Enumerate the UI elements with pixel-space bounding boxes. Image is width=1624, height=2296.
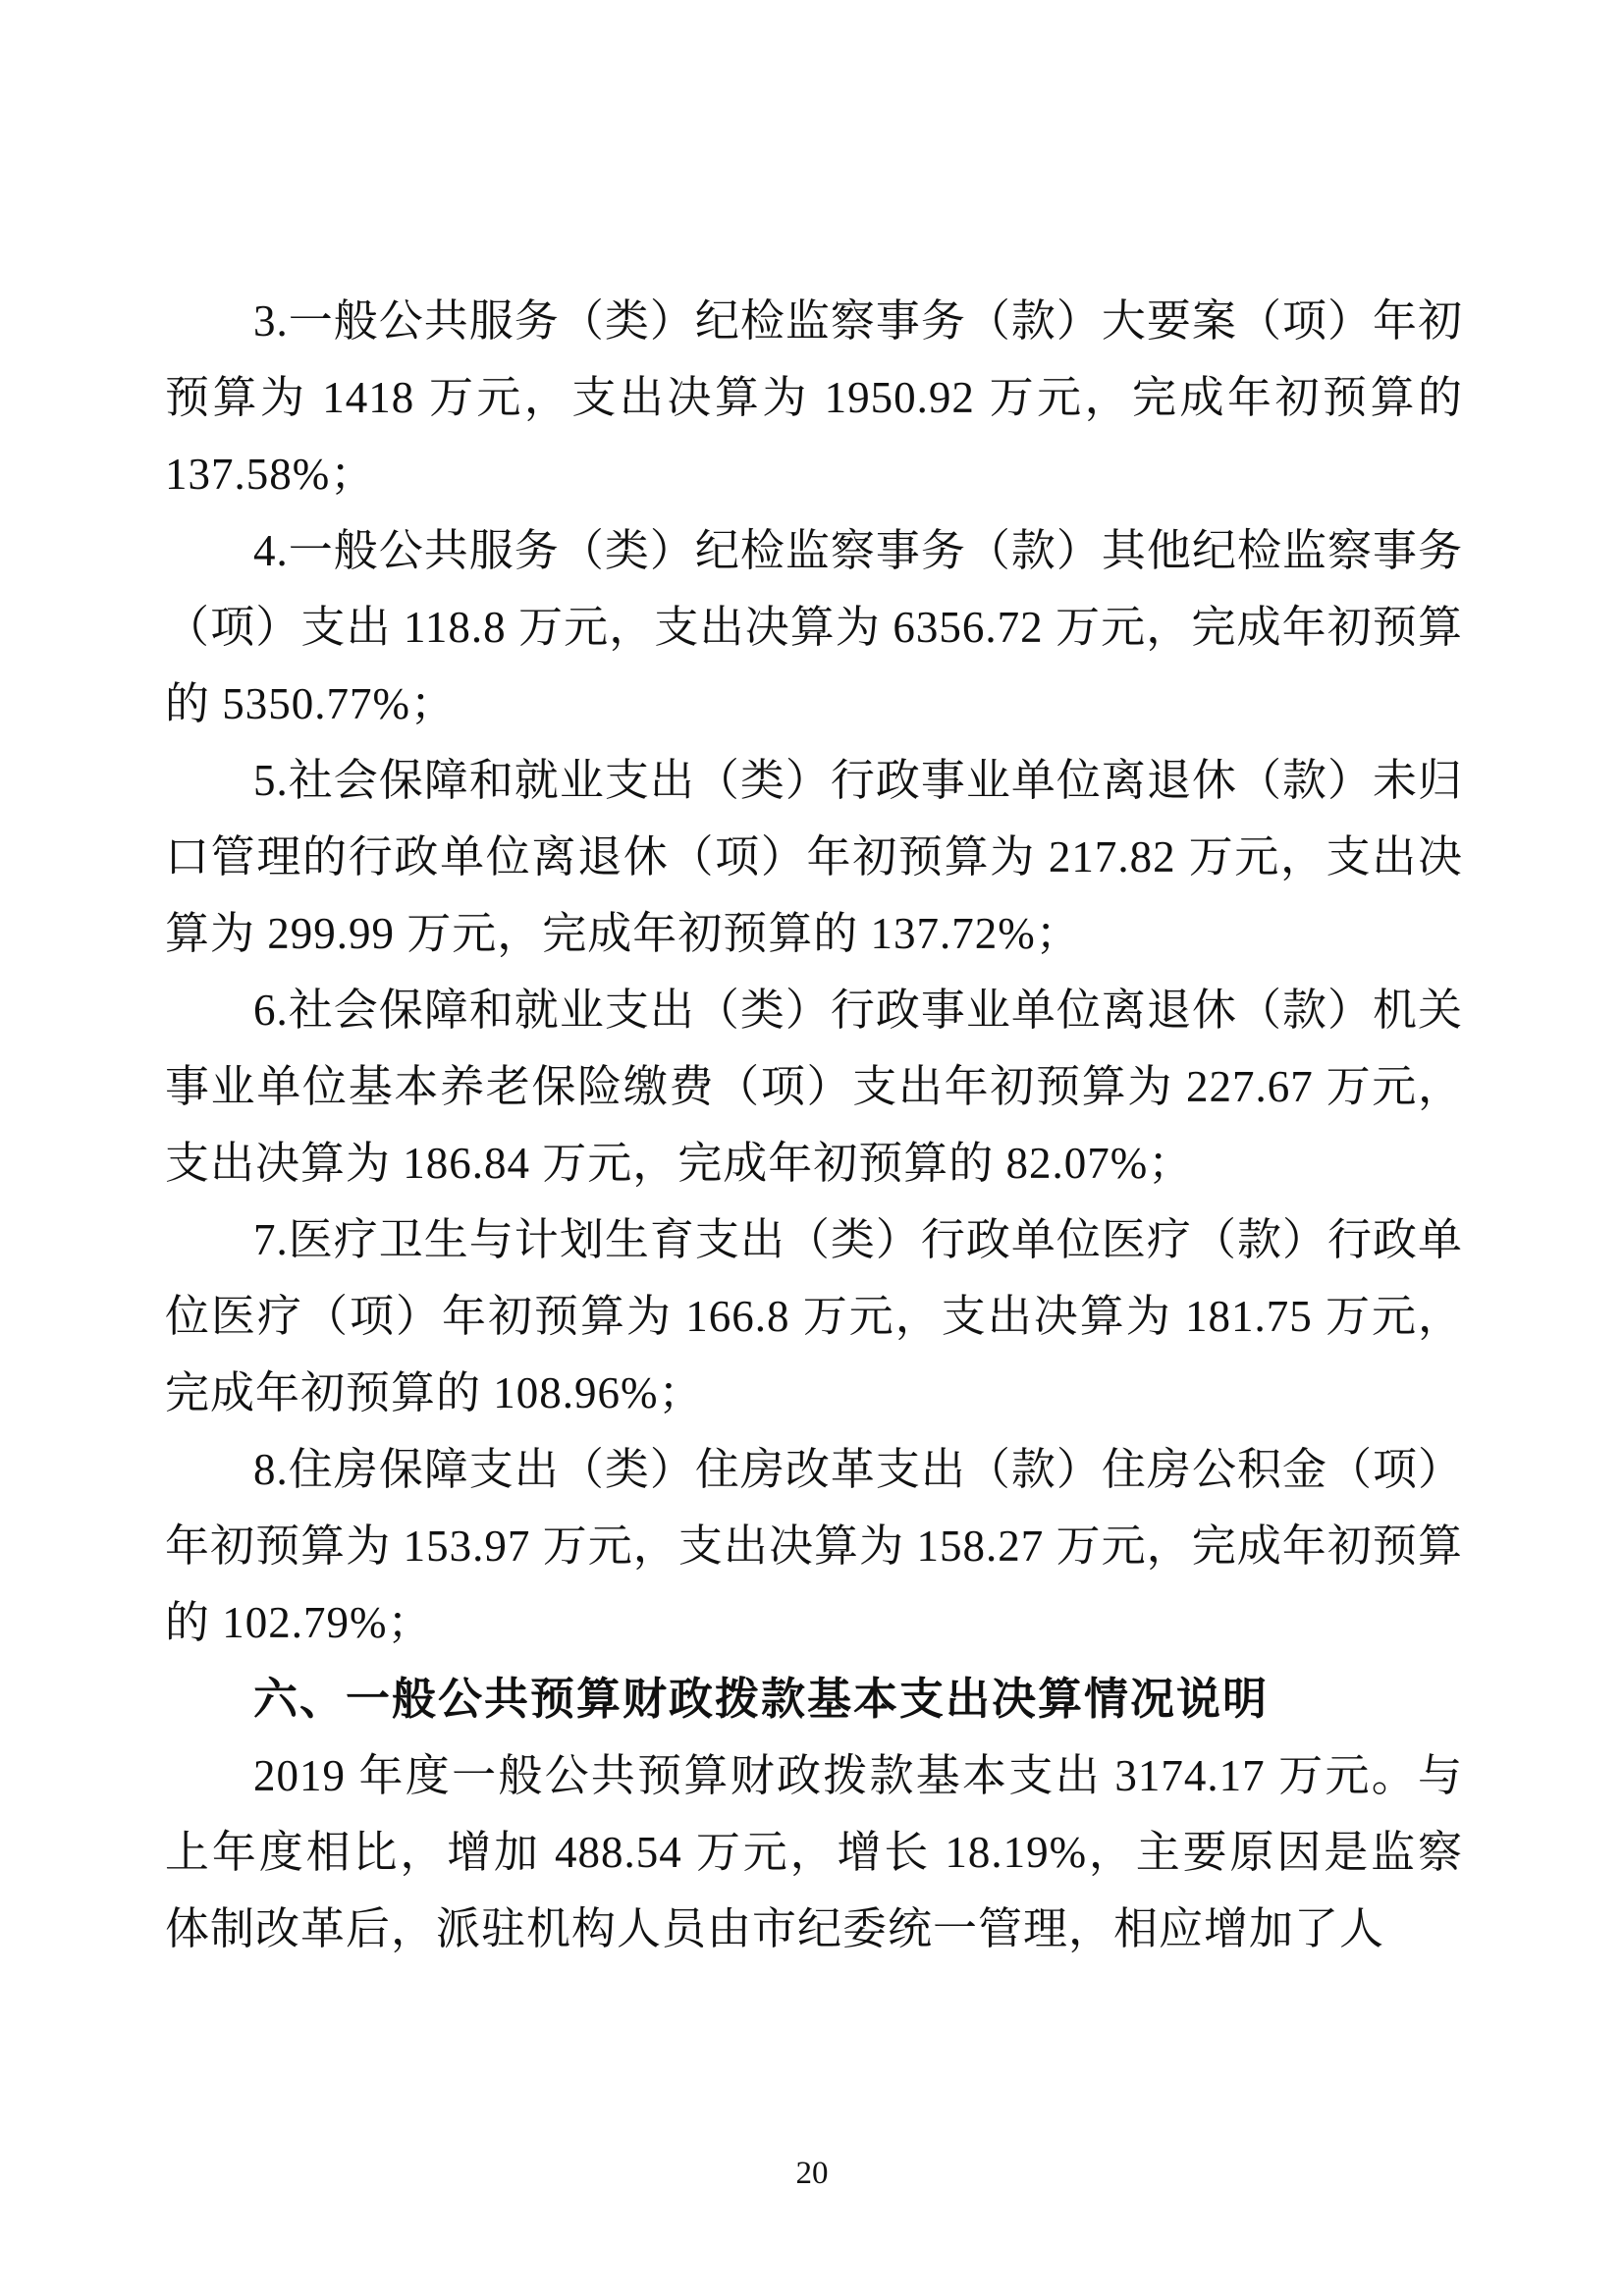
document-page: 3.一般公共服务（类）纪检监察事务（款）大要案（项）年初预算为 1418 万元，… (0, 0, 1624, 2296)
paragraph-item-6: 6.社会保障和就业支出（类）行政事业单位离退休（款）机关事业单位基本养老保险缴费… (165, 972, 1463, 1201)
paragraph-item-8: 8.住房保障支出（类）住房改革支出（款）住房公积金（项）年初预算为 153.97… (165, 1431, 1463, 1661)
document-body: 3.一般公共服务（类）纪检监察事务（款）大要案（项）年初预算为 1418 万元，… (165, 283, 1463, 1967)
paragraph-item-7: 7.医疗卫生与计划生育支出（类）行政单位医疗（款）行政单位医疗（项）年初预算为 … (165, 1201, 1463, 1431)
page-number: 20 (0, 2156, 1624, 2192)
paragraph-item-3: 3.一般公共服务（类）纪检监察事务（款）大要案（项）年初预算为 1418 万元，… (165, 283, 1463, 512)
section-heading: 六、一般公共预算财政拨款基本支出决算情况说明 (165, 1661, 1463, 1737)
paragraph-closing: 2019 年度一般公共预算财政拨款基本支出 3174.17 万元。与上年度相比，… (165, 1737, 1463, 1967)
paragraph-item-5: 5.社会保障和就业支出（类）行政事业单位离退休（款）未归口管理的行政单位离退休（… (165, 742, 1463, 972)
paragraph-item-4: 4.一般公共服务（类）纪检监察事务（款）其他纪检监察事务（项）支出 118.8 … (165, 512, 1463, 742)
